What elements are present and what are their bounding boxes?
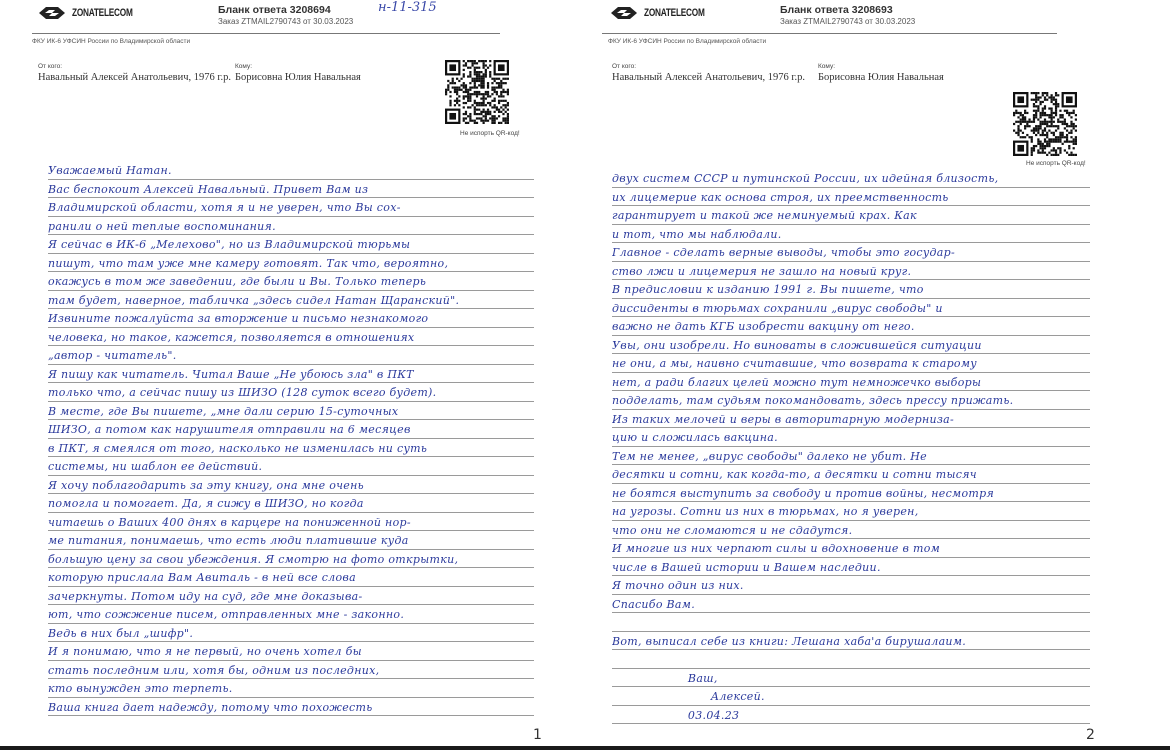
ruled-writing-area: Уважаемый Натан.Вас беспокоит Алексей На… [48, 160, 534, 720]
handwritten-line: не они, а мы, наивно считавшие, что возв… [612, 357, 1090, 371]
handwritten-line: их лицемерие как основа строя, их преемс… [612, 191, 1090, 205]
brand-name: ZONATELECOM [644, 7, 705, 19]
handwritten-line: 03.04.23 [612, 709, 1090, 723]
ruled-line [612, 723, 1090, 724]
handwritten-line: Ваш, [612, 672, 1090, 686]
handwritten-registration-number: н-11-315 [378, 0, 437, 15]
handwritten-line: читаешь о Ваших 400 днях в карцере на по… [48, 516, 534, 530]
order-number: Заказ ZTMAIL2790743 от 30.03.2023 [780, 17, 915, 26]
ruled-line [48, 179, 534, 180]
handwritten-line: на угрозы. Сотни из них в тюрьмах, но я … [612, 505, 1090, 519]
handwritten-line: подделать, там судьям покомандовать, зде… [612, 394, 1090, 408]
ruled-line [612, 594, 1090, 595]
handwritten-line: нет, а ради благих целей можно тут немно… [612, 376, 1090, 390]
ruled-line [612, 261, 1090, 262]
handwritten-line: Спасибо Вам. [612, 598, 1090, 612]
handwritten-line: Главное - сделать верные выводы, чтобы э… [612, 246, 1090, 260]
ruled-line [48, 604, 534, 605]
ruled-line [612, 575, 1090, 576]
ruled-line [612, 557, 1090, 558]
handwritten-line: И многие из них черпают силы и вдохновен… [612, 542, 1090, 556]
order-number: Заказ ZTMAIL2790743 от 30.03.2023 [218, 17, 353, 26]
handwritten-line: Уважаемый Натан. [48, 164, 534, 178]
ruled-line [612, 409, 1090, 410]
ruled-line [612, 298, 1090, 299]
handwritten-line: что они не сломаются и не сдадутся. [612, 524, 1090, 538]
ruled-line [612, 224, 1090, 225]
ruled-line [48, 364, 534, 365]
handwritten-line: Владимирской области, хотя я и не уверен… [48, 201, 534, 215]
ruled-line [612, 205, 1090, 206]
ruled-line [612, 187, 1090, 188]
ruled-line [612, 538, 1090, 539]
handwritten-line: „автор - читатель". [48, 349, 534, 363]
handwritten-line: только что, а сейчас пишу из ШИЗО (128 с… [48, 386, 534, 400]
handwritten-line: ме питания, понимаешь, что есть люди пла… [48, 534, 534, 548]
handwritten-line: там будет, наверное, табличка „здесь сид… [48, 294, 534, 308]
ruled-line [48, 475, 534, 476]
letter-page-2: ZONATELECOM Бланк ответа 3208693 Заказ Z… [590, 0, 1170, 750]
ruled-line [48, 197, 534, 198]
zonatelecom-logo: ZONATELECOM [38, 6, 153, 20]
handwritten-line: Увы, они изобрели. Но виноваты в сложивш… [612, 339, 1090, 353]
handwritten-line: помогла и помогает. Да, я сижу в ШИЗО, н… [48, 497, 534, 511]
handwritten-line: десятки и сотни, как когда-то, а десятки… [612, 468, 1090, 482]
handwritten-line: Я хочу поблагодарить за эту книгу, она м… [48, 479, 534, 493]
header-rule [602, 33, 1057, 34]
handwritten-line: кто вынужден это терпеть. [48, 682, 534, 696]
ruled-line [48, 549, 534, 550]
page-number: 1 [533, 727, 542, 743]
ruled-line [48, 419, 534, 420]
ruled-line [48, 678, 534, 679]
handwritten-line: ют, что сожжение писем, отправленных мне… [48, 608, 534, 622]
handwritten-line: Тем не менее, „вирус свободы" далеко не … [612, 450, 1090, 464]
qr-caption: Не испорть QR-код! [1026, 160, 1086, 167]
ruled-line [48, 271, 534, 272]
ruled-line [48, 530, 534, 531]
qr-code-icon [445, 60, 509, 124]
ruled-line [612, 705, 1090, 706]
handwritten-line: пишут, что там уже мне камеру готовят. Т… [48, 257, 534, 271]
ruled-line [612, 483, 1090, 484]
form-title: Бланк ответа 3208693 [780, 4, 893, 16]
ruled-writing-area: двух систем СССР и путинской России, их … [612, 168, 1090, 718]
handwritten-line: диссиденты в тюрьмах сохранили „вирус св… [612, 302, 1090, 316]
handwritten-line: числе в Вашей истории и Вашем наследии. [612, 561, 1090, 575]
ruled-line [612, 464, 1090, 465]
ruled-line [612, 686, 1090, 687]
handwritten-line: не боятся выступить за свободу и против … [612, 487, 1090, 501]
ruled-line [48, 493, 534, 494]
ruled-line [48, 308, 534, 309]
ruled-line [48, 567, 534, 568]
ruled-line [612, 446, 1090, 447]
handwritten-line: ШИЗО, а потом как нарушителя отправили н… [48, 423, 534, 437]
ruled-line [48, 234, 534, 235]
brand-name: ZONATELECOM [72, 7, 133, 19]
from-value: Навальный Алексей Анатольевич, 1976 г.р. [38, 72, 238, 84]
ruled-line [48, 382, 534, 383]
ruled-line [612, 520, 1090, 521]
handwritten-line: В месте, где Вы пишете, „мне дали серию … [48, 405, 534, 419]
ruled-line [48, 216, 534, 217]
ruled-line [612, 631, 1090, 632]
ruled-line [612, 353, 1090, 354]
ruled-line [612, 335, 1090, 336]
letter-page-1: ZONATELECOM Бланк ответа 3208694 Заказ Z… [0, 0, 565, 750]
to-label: Кому: [235, 63, 252, 70]
page-gap [565, 0, 590, 750]
handwritten-line: системы, ни шаблон ее действий. [48, 460, 534, 474]
ruled-line [48, 641, 534, 642]
handwritten-line: Из таких мелочей и веры в авторитарную м… [612, 413, 1090, 427]
handwritten-line: Алексей. [612, 690, 1090, 704]
ruled-line [48, 623, 534, 624]
handwritten-line: и тот, что мы наблюдали. [612, 228, 1090, 242]
zonatelecom-logo-icon [610, 6, 638, 20]
handwritten-line: В предисловии к изданию 1991 г. Вы пишет… [612, 283, 1090, 297]
handwritten-line: Извините пожалуйста за вторжение и письм… [48, 312, 534, 326]
handwritten-line: Вас беспокоит Алексей Навальный. Привет … [48, 183, 534, 197]
handwritten-line: большую цену за свои убеждения. Я смотрю… [48, 553, 534, 567]
handwritten-line: гарантирует и такой же неминуемый крах. … [612, 209, 1090, 223]
handwritten-line: Я пишу как читатель. Читал Ваше „Не убою… [48, 368, 534, 382]
ruled-line [48, 327, 534, 328]
zonatelecom-logo-icon [38, 6, 66, 20]
to-value: Борисовна Юлия Навальная [818, 72, 944, 84]
ruled-line [48, 290, 534, 291]
handwritten-line: важно не дать КГБ изобрести вакцину от н… [612, 320, 1090, 334]
institution-name: ФКУ ИК-6 УФСИН России по Владимирской об… [608, 38, 766, 45]
ruled-line [612, 390, 1090, 391]
handwritten-line: Я сейчас в ИК-6 „Мелехово", но из Владим… [48, 238, 534, 252]
handwritten-line: И я понимаю, что я не первый, но очень х… [48, 645, 534, 659]
handwritten-line: которую прислала Вам Авиталь - в ней все… [48, 571, 534, 585]
ruled-line [48, 253, 534, 254]
ruled-line [48, 697, 534, 698]
ruled-line [612, 427, 1090, 428]
qr-code-icon [1013, 92, 1077, 156]
ruled-line [612, 242, 1090, 243]
scan-bottom-edge [0, 746, 1170, 750]
handwritten-line: двух систем СССР и путинской России, их … [612, 172, 1090, 186]
ruled-line [612, 668, 1090, 669]
from-value: Навальный Алексей Анатольевич, 1976 г.р. [612, 72, 812, 84]
from-label: От кого: [38, 63, 62, 70]
ruled-line [48, 456, 534, 457]
qr-caption: Не испорть QR-код! [460, 130, 520, 137]
ruled-line [612, 279, 1090, 280]
handwritten-line: Я точно один из них. [612, 579, 1090, 593]
ruled-line [612, 612, 1090, 613]
ruled-line [48, 438, 534, 439]
handwritten-line: ство лжи и лицемерия не зашло на новый к… [612, 265, 1090, 279]
handwritten-line: в ПКТ, я смеялся от того, насколько не и… [48, 442, 534, 456]
handwritten-line: Ведь в них был „шифр". [48, 627, 534, 641]
handwritten-line: окажусь в том же заведении, где были и В… [48, 275, 534, 289]
to-label: Кому: [818, 63, 835, 70]
institution-name: ФКУ ИК-6 УФСИН России по Владимирской об… [32, 38, 190, 45]
handwritten-line: Ваша книга дает надежду, потому что похо… [48, 701, 534, 715]
from-label: От кого: [612, 63, 636, 70]
handwritten-line: Вот, выписал себе из книги: Лешана хаба'… [612, 635, 1090, 649]
handwritten-line: цию и сложилась вакцина. [612, 431, 1090, 445]
qr-code [445, 60, 509, 124]
handwritten-line: ранили о ней теплые воспоминания. [48, 220, 534, 234]
ruled-line [48, 345, 534, 346]
ruled-line [612, 501, 1090, 502]
ruled-line [48, 660, 534, 661]
ruled-line [612, 316, 1090, 317]
handwritten-line: стать последним или, хотя бы, одним из п… [48, 664, 534, 678]
ruled-line [612, 372, 1090, 373]
handwritten-line: человека, но такое, кажется, позволяется… [48, 331, 534, 345]
ruled-line [48, 512, 534, 513]
form-title: Бланк ответа 3208694 [218, 4, 331, 16]
ruled-line [612, 649, 1090, 650]
header-rule [32, 33, 500, 34]
page-number: 2 [1086, 727, 1095, 743]
to-value: Борисовна Юлия Навальная [235, 72, 361, 84]
handwritten-line: зачеркнуты. Потом иду на суд, где мне до… [48, 590, 534, 604]
zonatelecom-logo: ZONATELECOM [610, 6, 725, 20]
ruled-line [48, 401, 534, 402]
ruled-line [48, 715, 534, 716]
ruled-line [48, 586, 534, 587]
qr-code [1013, 92, 1077, 156]
